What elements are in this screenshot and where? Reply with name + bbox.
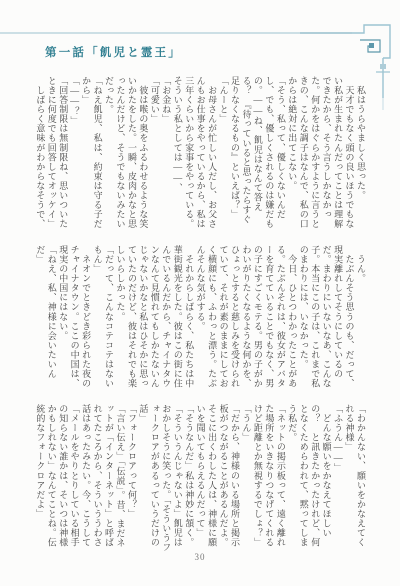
- text-band-middle: うん。 たぶんそう思うのも、だって、現実離れしてそうにしているのだ。まわりにいな…: [34, 245, 366, 393]
- chapter-title: 第一話「飢児と霊王」: [45, 44, 182, 60]
- text-band-upper: 私はうらやましく思った。 天才でもなく頭の良いほうでもない私が生まれたんだってこ…: [34, 76, 366, 229]
- text-band-lower: 「わかんない、願いをかなえてくれる神様」 「ふうん――」 どんな願いをかなえてほ…: [34, 404, 366, 555]
- book-page: 第一話「飢児と霊王」 私はうらやましく思った。 天才でもなく頭の良いほうでもない…: [0, 0, 400, 586]
- page-number: 30: [0, 552, 400, 562]
